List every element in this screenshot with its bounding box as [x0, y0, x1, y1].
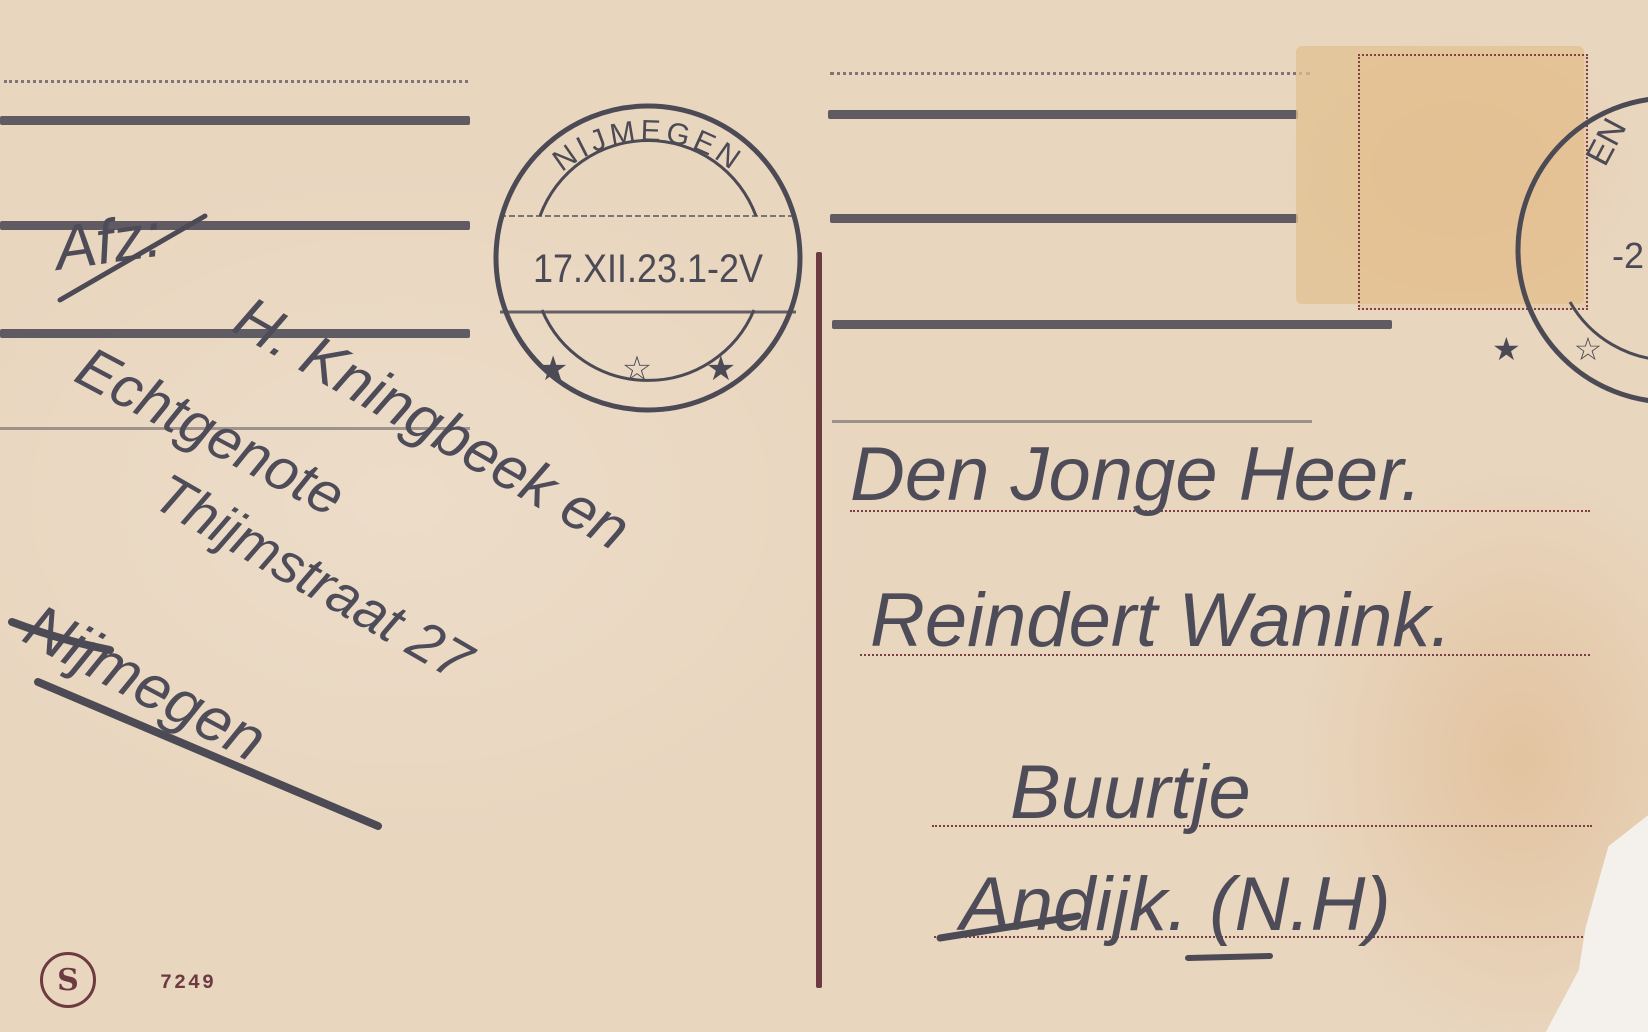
sender-city: Nijmegen — [13, 591, 277, 775]
recipient-line4: Andijk. (N.H) — [956, 862, 1391, 947]
postcard: NIJMEGEN 17.XII.23.1-2V ★ ☆ ★ EN -2 ★ ☆ … — [0, 0, 1648, 1032]
recipient-line3: Buurtje — [1010, 750, 1251, 835]
sender-name: H. Kningbeek en — [224, 283, 642, 563]
publisher-logo: S — [40, 952, 96, 1008]
recipient-line1: Den Jonge Heer. — [850, 432, 1422, 517]
card-number: 7249 — [160, 972, 216, 995]
sender-handwriting: Afz: H. Kningbeek en Echtgenote Thijmstr… — [0, 0, 820, 1032]
recipient-handwriting: Den Jonge Heer. Reindert Wanink. Buurtje… — [820, 0, 1648, 1032]
recipient-line2: Reindert Wanink. — [870, 578, 1452, 663]
publisher-monogram: S — [57, 963, 79, 998]
